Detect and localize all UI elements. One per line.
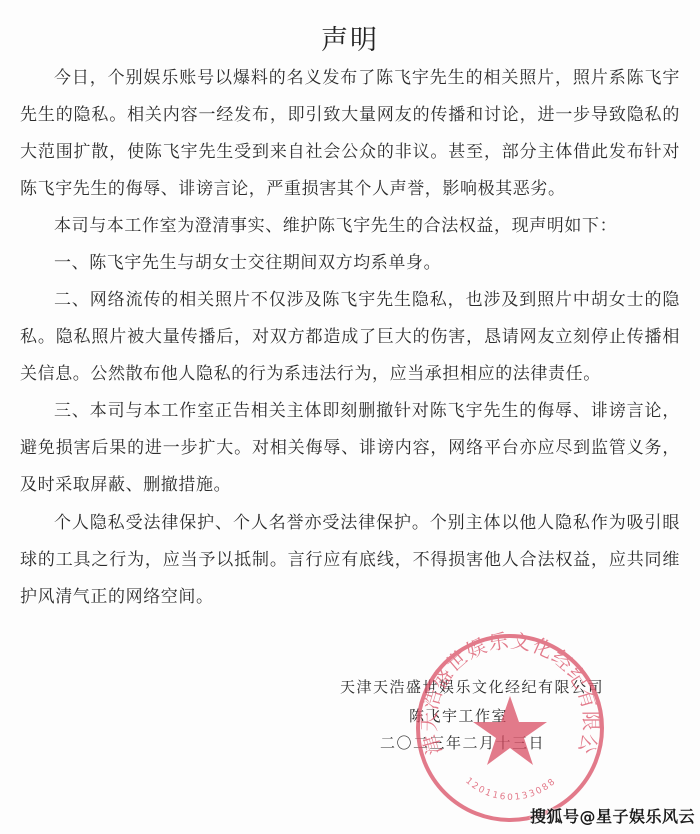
- paragraph-point-three: 三、本司与本工作室正告相关主体即刻删撤针对陈飞宇先生的侮辱、诽谤言论，避免损害后…: [20, 393, 680, 504]
- statement-document: 声明 今日，个别娱乐账号以爆料的名义发布了陈飞宇先生的相关照片，照片系陈飞宇先生…: [0, 0, 700, 834]
- document-title: 声明: [0, 18, 700, 57]
- paragraph-closing: 个人隐私受法律保护、个人名誉亦受法律保护。个别主体以他人隐私作为吸引眼球的工具之…: [20, 505, 680, 616]
- svg-text:1201160133088: 1201160133088: [463, 776, 558, 803]
- stamp-code: 1201160133088: [463, 776, 558, 803]
- signature-company: 天津天浩盛世娱乐文化经纪有限公司: [340, 676, 604, 697]
- paragraph-point-two: 二、网络流传的相关照片不仅涉及陈飞宇先生隐私，也涉及到照片中胡女士的隐私。隐私照…: [20, 282, 680, 393]
- company-seal-stamp-icon: 天津天浩盛世娱乐文化经纪有限公司 1201160133088: [410, 628, 610, 828]
- paragraph-intro: 今日，个别娱乐账号以爆料的名义发布了陈飞宇先生的相关照片，照片系陈飞宇先生的隐私…: [20, 60, 680, 208]
- source-watermark: 搜狐号@星子娱乐风云: [530, 804, 695, 827]
- signature-date: 二〇二三年二月十三日: [380, 732, 545, 753]
- paragraph-declaration-lead: 本司与本工作室为澄清事实、维护陈飞宇先生的合法权益，现声明如下：: [20, 208, 680, 245]
- paragraph-point-one: 一、陈飞宇先生与胡女士交往期间双方均系单身。: [20, 245, 680, 282]
- signature-studio: 陈飞宇工作室: [409, 705, 508, 726]
